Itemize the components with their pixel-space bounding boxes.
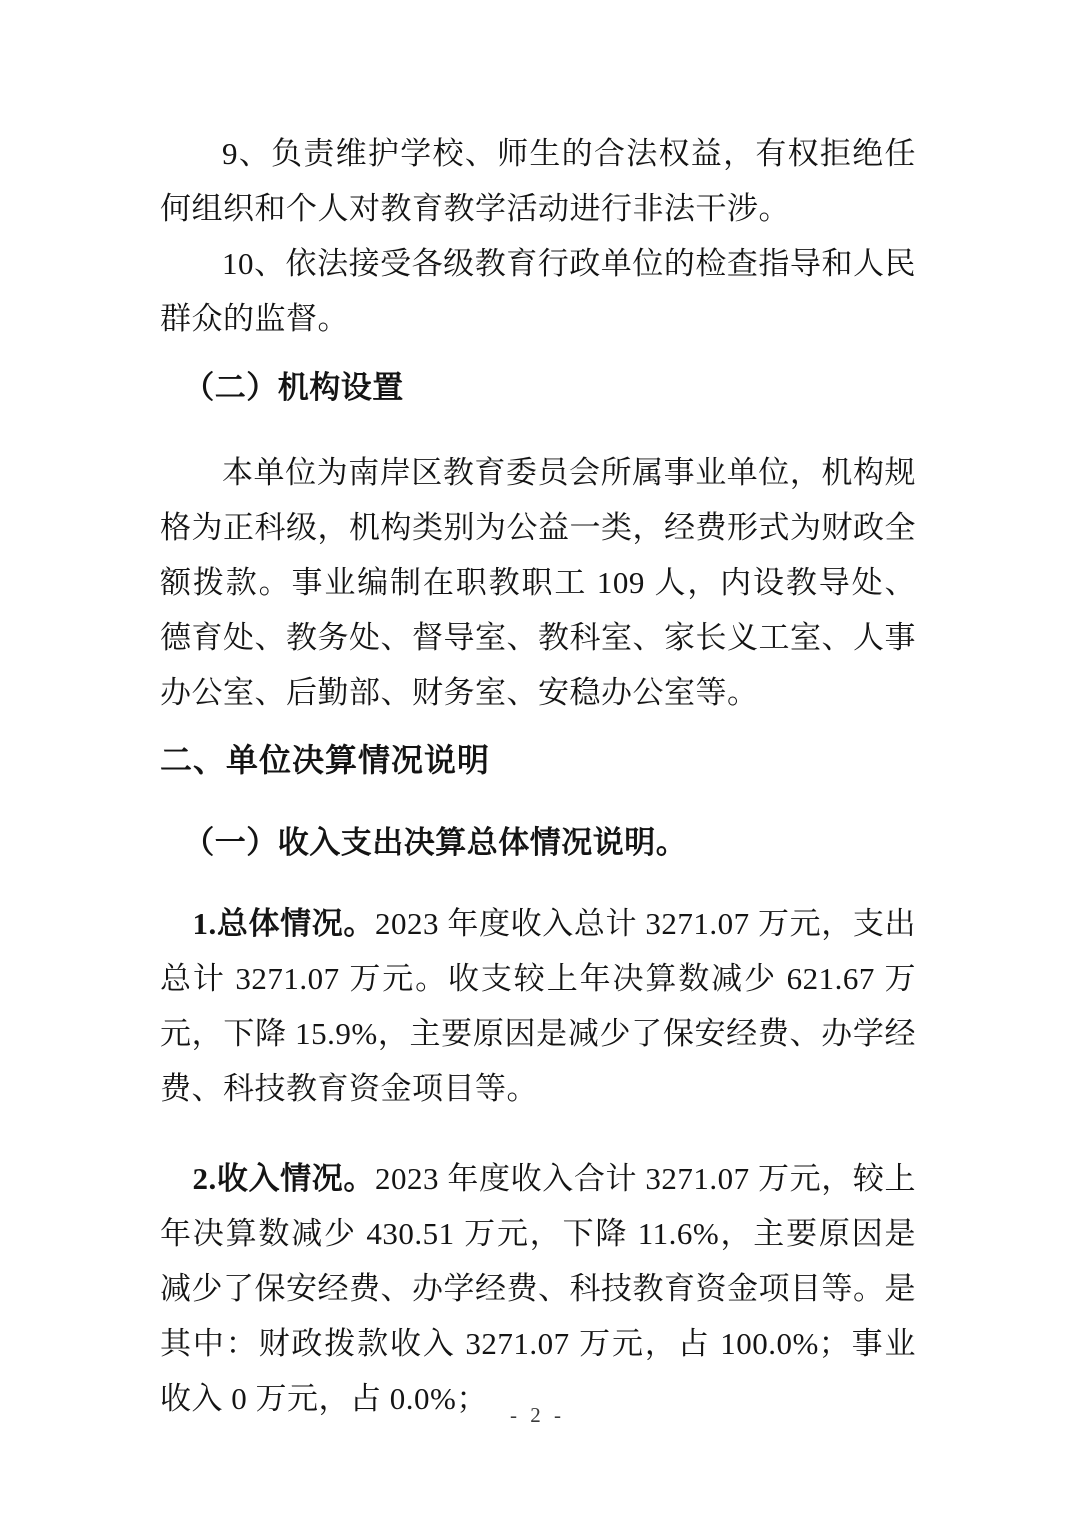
heading-org-setup: （二）机构设置 [160,360,916,415]
paragraph-duty-9: 9、负责维护学校、师生的合法权益，有权拒绝任何组织和个人对教育教学活动进行非法干… [160,126,916,236]
paragraph-duty-10: 10、依法接受各级教育行政单位的检查指导和人民群众的监督。 [160,236,916,346]
paragraph-overall-situation: 1.总体情况。2023 年度收入总计 3271.07 万元，支出总计 3271.… [160,896,916,1116]
heading-subsection-income-expense-overview: （一）收入支出决算总体情况说明。 [160,815,916,870]
heading-section-budget-statement: 二、单位决算情况说明 [160,733,916,788]
document-body: 9、负责维护学校、师生的合法权益，有权拒绝任何组织和个人对教育教学活动进行非法干… [160,126,916,1426]
page-number: - 2 - [510,1403,565,1427]
document-page: 9、负责维护学校、师生的合法权益，有权拒绝任何组织和个人对教育教学活动进行非法干… [0,0,1075,1520]
paragraph-income-situation: 2.收入情况。2023 年度收入合计 3271.07 万元，较上年决算数减少 4… [160,1151,916,1426]
paragraph-org-setup: 本单位为南岸区教育委员会所属事业单位，机构规格为正科级，机构类别为公益一类，经费… [160,445,916,720]
page-footer: - 2 - [0,1400,1075,1430]
overall-situation-lead: 1.总体情况。 [193,906,375,941]
income-situation-lead: 2.收入情况。 [193,1161,375,1196]
income-situation-text: 2023 年度收入合计 3271.07 万元，较上年决算数减少 430.51 万… [160,1161,916,1416]
